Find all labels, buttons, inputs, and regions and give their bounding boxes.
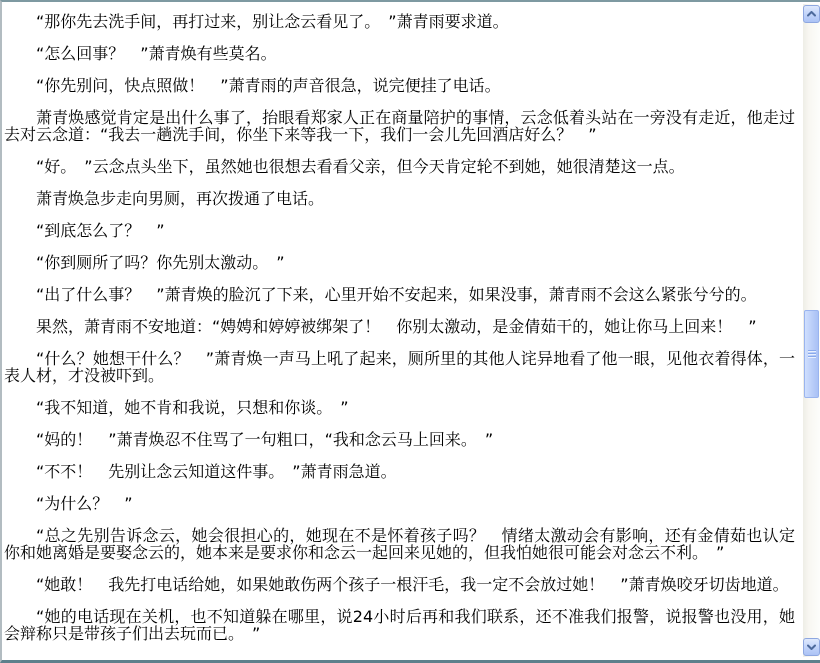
vertical-scrollbar[interactable] [803,4,820,657]
paragraph: “不不！ 先别让念云知道这件事。 ”萧青雨急道。 [4,463,795,480]
paragraph: “到底怎么了？ ” [4,222,795,239]
paragraph: “出了什么事？ ”萧青焕的脸沉了下来，心里开始不安起来，如果没事，萧青雨不会这么… [4,286,795,303]
chevron-up-icon [807,11,816,17]
scrollbar-thumb[interactable] [804,310,819,398]
scroll-down-button[interactable] [803,638,820,656]
paragraph: “为什么？ ” [4,495,795,512]
paragraph: “那你先去洗手间，再打过来，别让念云看见了。 ”萧青雨要求道。 [4,13,795,30]
paragraph: 萧青焕急步走向男厕，再次拨通了电话。 [4,190,795,207]
grip-lines-icon [808,350,816,358]
paragraph: “好。 ”云念点头坐下，虽然她也很想去看看父亲，但今天肯定轮不到她，她很清楚这一… [4,158,795,175]
reader-window: “那你先去洗手间，再打过来，别让念云看见了。 ”萧青雨要求道。“怎么回事？ ”萧… [0,0,820,663]
paragraph: “你到厕所了吗？你先别太激动。 ” [4,254,795,271]
paragraph: “她的电话现在关机，也不知道躲在哪里，说24小时后再和我们联系，还不准我们报警，… [4,608,795,642]
novel-text-pane: “那你先去洗手间，再打过来，别让念云看见了。 ”萧青雨要求道。“怎么回事？ ”萧… [2,2,803,660]
paragraph: “妈的！ ”萧青焕忍不住骂了一句粗口，“我和念云马上回来。 ” [4,431,795,448]
paragraph-list: “那你先去洗手间，再打过来，别让念云看见了。 ”萧青雨要求道。“怎么回事？ ”萧… [4,13,795,642]
chevron-down-icon [807,644,816,650]
paragraph: 萧青焕感觉肯定是出什么事了，抬眼看郑家人正在商量陪护的事情，云念低着头站在一旁没… [4,109,795,143]
paragraph: 果然，萧青雨不安地道：“娉娉和婷婷被绑架了！ 你别太激动，是金倩茹干的，她让你马… [4,318,795,335]
scroll-up-button[interactable] [803,5,820,23]
paragraph: “她敢！ 我先打电话给她，如果她敢伤两个孩子一根汗毛，我一定不会放过她！ ”萧青… [4,576,795,593]
paragraph: “什么？她想干什么？ ”萧青焕一声马上吼了起来，厕所里的其他人诧异地看了他一眼，… [4,350,795,384]
paragraph: “我不知道，她不肯和我说，只想和你谈。 ” [4,399,795,416]
paragraph: “总之先别告诉念云，她会很担心的，她现在不是怀着孩子吗？ 情绪太激动会有影响，还… [4,527,795,561]
paragraph: “怎么回事？ ”萧青焕有些莫名。 [4,45,795,62]
paragraph: “你先别问，快点照做！ ”萧青雨的声音很急，说完便挂了电话。 [4,77,795,94]
